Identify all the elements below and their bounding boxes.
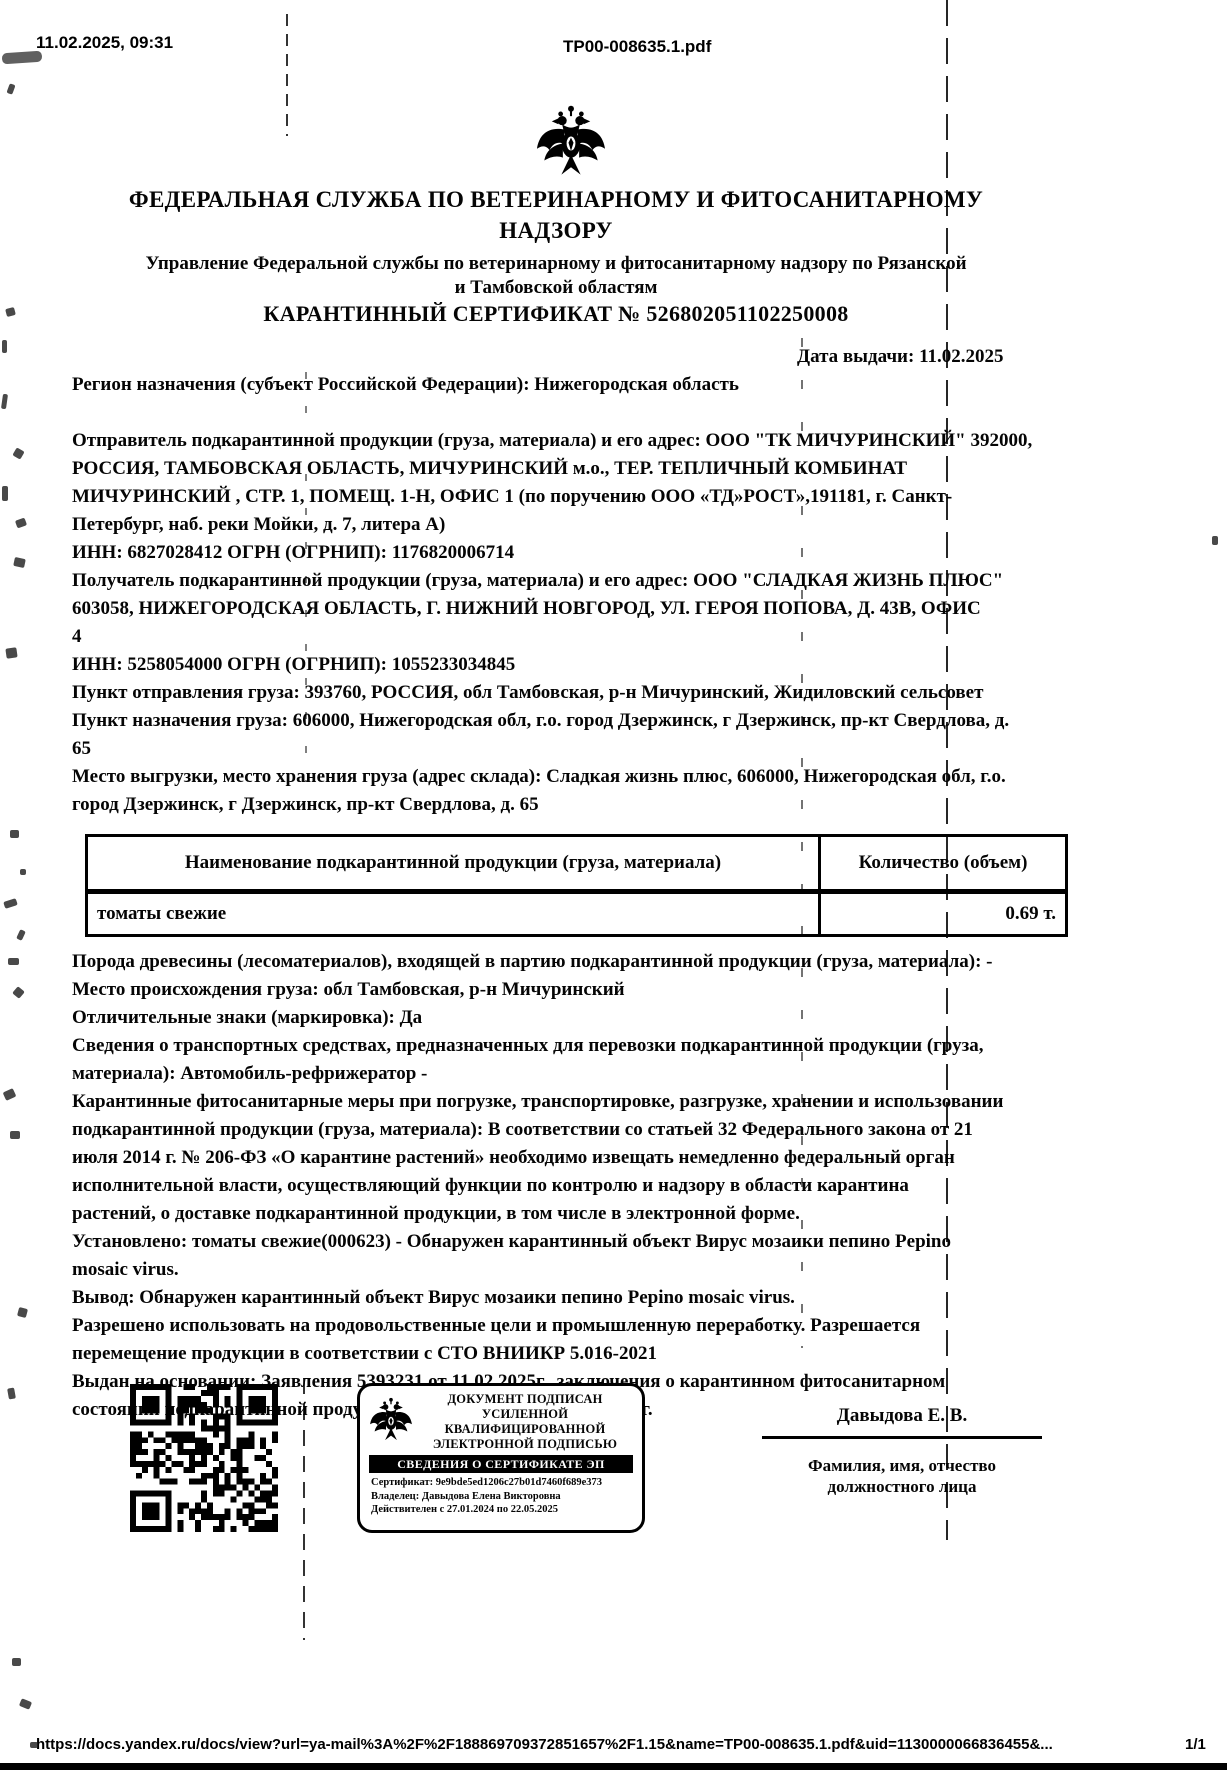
product-table: Наименование подкарантинной продукции (г… [85,834,1068,937]
scan-artifact [12,1658,21,1666]
scan-artifact [10,1131,20,1139]
stamp-banner: СВЕДЕНИЯ О СЕРТИФИКАТЕ ЭП [369,1455,633,1473]
scan-artifact [1212,536,1218,545]
quarantine-measures-field: Карантинные фитосанитарные меры при погр… [72,1088,1152,1228]
stamp-title: ДОКУМЕНТ ПОДПИСАН УСИЛЕННОЙ КВАЛИФИЦИРОВ… [414,1392,636,1452]
scan-artifact [5,647,17,658]
official-name: Давыдова Е. В. [762,1405,1042,1427]
scan-artifact [7,1387,16,1399]
product-table-header-row: Наименование подкарантинной продукции (г… [87,836,1067,892]
digital-signature-stamp: ДОКУМЕНТ ПОДПИСАН УСИЛЕННОЙ КВАЛИФИЦИРОВ… [357,1383,645,1533]
scan-artifact [12,986,25,999]
origin-place-field: Место происхождения груза: обл Тамбовска… [72,976,1152,1004]
scan-artifact [6,83,15,94]
sender-field: Отправитель подкарантинной продукции (гр… [72,427,1152,539]
product-name-cell: томаты свежие [87,892,820,936]
conclusion-field: Вывод: Обнаружен карантинный объект Виру… [72,1284,1152,1312]
region-line: Регион назначения (субъект Российской Фе… [72,343,1152,427]
destination-point-field: Пункт назначения груза: 606000, Нижегоро… [72,707,1152,763]
unload-place-field: Место выгрузки, место хранения груза (ад… [72,763,1152,819]
signature-caption: Фамилия, имя, отчество должностного лица [762,1455,1042,1497]
receiver-inn-field: ИНН: 5258054000 ОГРН (ОГРНИП): 105523303… [72,651,1152,679]
scan-artifact [3,1088,17,1101]
marking-field: Отличительные знаки (маркировка): Да [72,1004,1152,1032]
product-quantity-cell: 0.69 т. [820,892,1067,936]
certificate-body: Регион назначения (субъект Российской Фе… [72,343,1152,1424]
scan-artifact [17,1307,28,1318]
departure-point-field: Пункт отправления груза: 393760, РОССИЯ,… [72,679,1152,707]
stamp-validity: Действителен с 27.01.2024 по 22.05.2025 [371,1503,642,1517]
stamp-coat-of-arms-icon [368,1397,414,1447]
signature-line [762,1436,1042,1439]
scan-artifact [5,307,16,317]
column-header-quantity: Количество (объем) [820,836,1067,892]
wood-species-field: Порода древесины (лесоматериалов), входя… [72,948,1152,976]
page-indicator: 1/1 [1185,1736,1206,1753]
scan-artifact [20,869,26,875]
fold-line-artifact [286,14,288,136]
scan-artifact [8,958,19,965]
date-issued: Дата выдачи: 11.02.2025 [797,343,1004,371]
department-subtitle: Управление Федеральной службы по ветерин… [72,252,1040,300]
scan-artifact [1,394,8,410]
print-filename: ТР00-008635.1.pdf [563,37,711,57]
permission-field: Разрешено использовать на продовольствен… [72,1312,1152,1368]
scan-artifact [2,340,7,353]
scan-artifact [10,830,19,838]
scan-artifact [19,1698,32,1710]
column-header-product-name: Наименование подкарантинной продукции (г… [87,836,820,892]
receiver-field: Получатель подкарантинной продукции (гру… [72,567,1152,651]
agency-title: ФЕДЕРАЛЬНАЯ СЛУЖБА ПО ВЕТЕРИНАРНОМУ И ФИ… [72,184,1040,246]
viewer-url: https://docs.yandex.ru/docs/view?url=ya-… [36,1736,1053,1753]
sender-inn-field: ИНН: 6827028412 ОГРН (ОГРНИП): 117682000… [72,539,1152,567]
bottom-scan-edge [0,1763,1227,1770]
scan-artifact [3,898,18,909]
print-datetime: 11.02.2025, 09:31 [36,33,173,53]
russian-coat-of-arms-icon [534,102,608,188]
scan-artifact [2,486,8,501]
stamp-owner: Владелец: Давыдова Елена Викторовна [371,1490,642,1504]
stamp-certificate-number: Сертификат: 9e9bde5ed1206c27b01d7460f689… [371,1476,642,1490]
scan-artifact [16,929,26,941]
certificate-title: КАРАНТИННЫЙ СЕРТИФИКАТ № 526802051102250… [72,301,1040,327]
scan-artifact [15,518,27,529]
findings-field: Установлено: томаты свежие(000623) - Обн… [72,1228,1152,1284]
region-of-destination: Регион назначения (субъект Российской Фе… [72,374,739,395]
transport-field: Сведения о транспортных средствах, предн… [72,1032,1152,1088]
table-row: томаты свежие 0.69 т. [87,892,1067,936]
qr-code [130,1384,278,1532]
scan-artifact [12,447,24,459]
scanned-certificate-page: 11.02.2025, 09:31 ТР00-008635.1.pdf ФЕДЕ… [0,0,1227,1770]
scan-artifact [13,557,26,568]
